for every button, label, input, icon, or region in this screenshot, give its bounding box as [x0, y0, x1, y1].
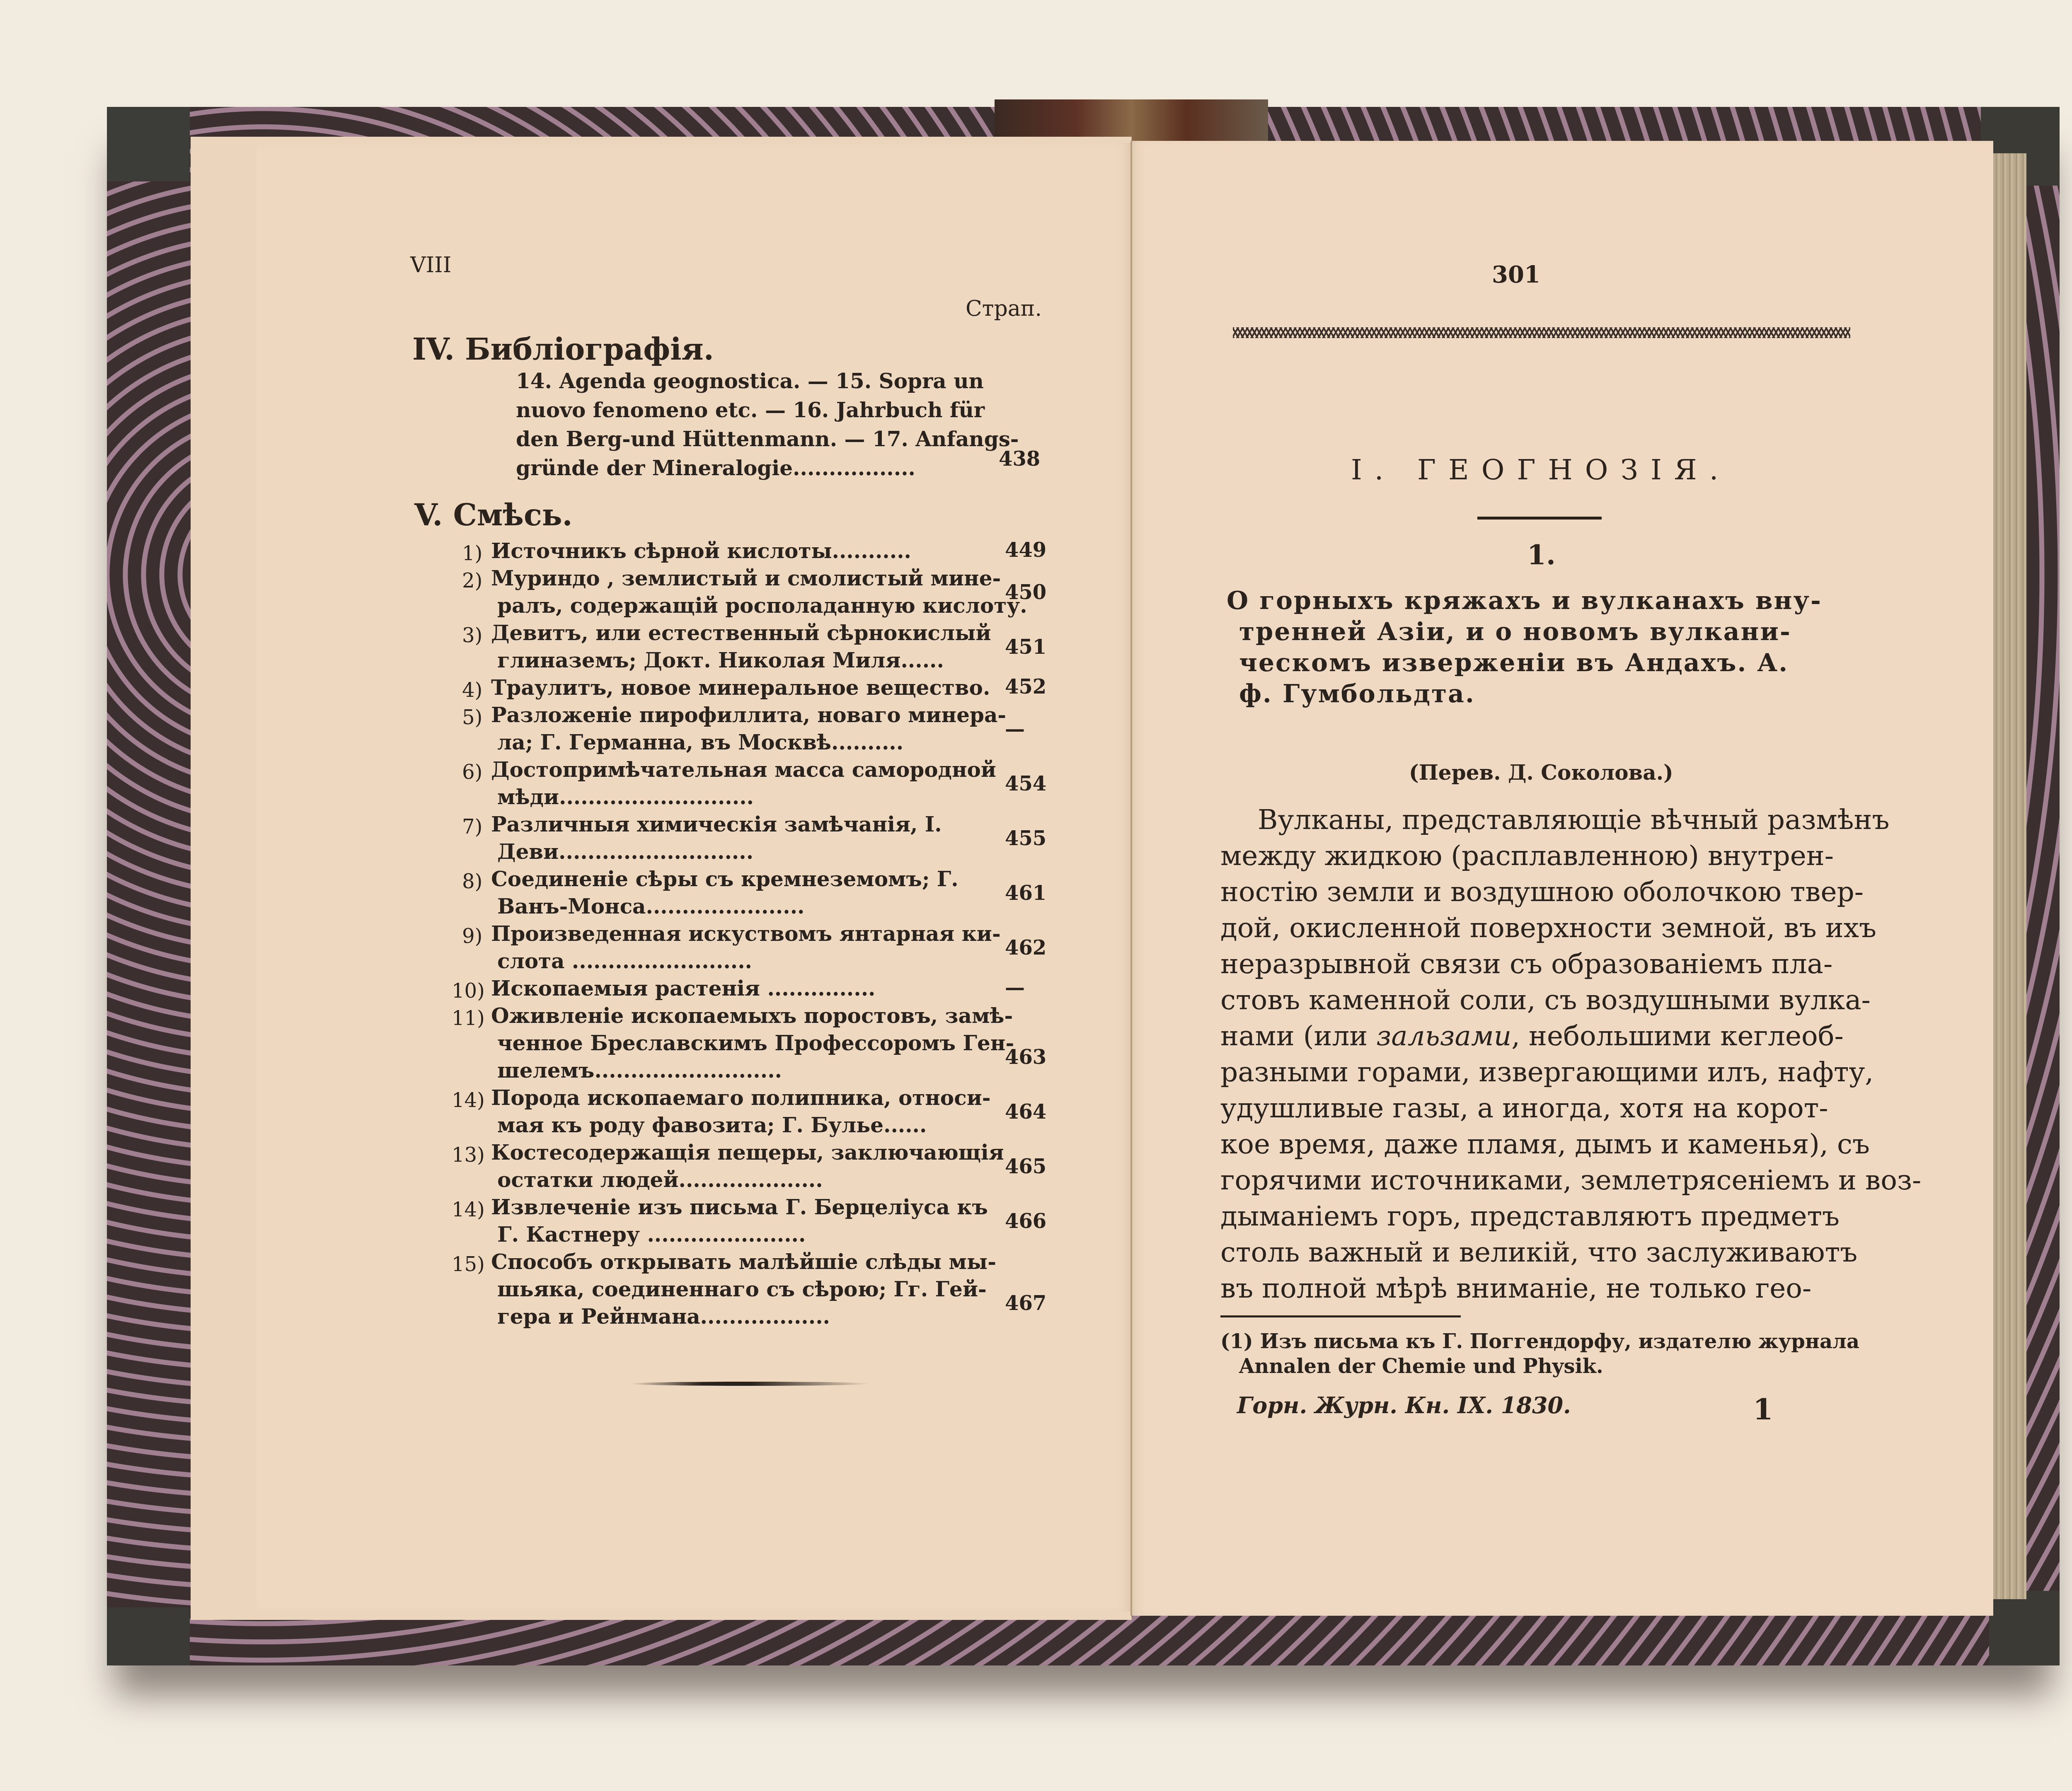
toc-entry-number: 15) — [452, 1253, 485, 1276]
toc-line: Ванъ-Монса...................... — [497, 894, 804, 918]
body-text-line: кое время, даже пламя, дымъ и каменья), … — [1220, 1128, 1870, 1160]
body-text-line: ностію земли и воздушною оболочкою твер- — [1220, 876, 1864, 908]
body-text-span: стовъ каменной соли, съ воздушными вулка… — [1220, 984, 1871, 1016]
right-folio: 301 — [1492, 261, 1540, 288]
article-title-line: ф. Гумбольдта. — [1239, 679, 1475, 708]
toc-line: Оживленіе ископаемыхъ поростовъ, замѣ- — [491, 1003, 1013, 1028]
toc-line: мая къ роду фавозита; Г. Булье...... — [497, 1113, 927, 1137]
toc-page-number: 452 — [1005, 675, 1046, 699]
toc-line: ла; Г. Германна, въ Москвѣ.......... — [497, 730, 903, 754]
body-text-span: дыманіемъ горъ, представляютъ предметъ — [1220, 1200, 1840, 1232]
body-text-line: нами (или зальзами, небольшими кеглеоб- — [1220, 1020, 1844, 1052]
toc-page-number: — — [1005, 718, 1025, 741]
body-text-span: ностію земли и воздушною оболочкою твер- — [1220, 876, 1864, 908]
toc-line: den Berg-und Hüttenmann. — 17. Anfangs- — [516, 427, 1019, 451]
body-text-span: кое время, даже пламя, дымъ и каменья), … — [1220, 1128, 1870, 1160]
toc-line: шелемъ.......................... — [497, 1058, 782, 1083]
toc-page-number: 466 — [1005, 1210, 1046, 1233]
body-text-span: Вулканы, представляющіе вѣчный размѣнъ — [1258, 804, 1890, 836]
toc-entry-number: 10) — [452, 979, 485, 1003]
toc-line: Извлеченіе изъ письма Г. Берцеліуса къ — [491, 1195, 988, 1219]
body-text-span: разными горами, извергающими илъ, нафту, — [1220, 1056, 1874, 1088]
end-ornament-rule — [630, 1382, 870, 1386]
toc-page-number: 449 — [1005, 539, 1046, 562]
toc-entry-number: 7) — [462, 815, 482, 839]
page-column-header: Страп. — [966, 296, 1042, 321]
toc-page-number: 461 — [1005, 882, 1046, 905]
part-title: I. ГЕОГНОЗІЯ. — [1351, 454, 1731, 486]
toc-page-number: 455 — [1005, 827, 1046, 850]
toc-line: Деви........................... — [497, 839, 753, 864]
toc-entry-number: 14) — [452, 1089, 485, 1112]
body-text-line: дой, окисленной поверхности земной, въ и… — [1220, 912, 1876, 944]
body-text-span: , небольшими кеглеоб- — [1511, 1020, 1844, 1052]
toc-page-number: 467 — [1005, 1292, 1046, 1315]
body-text-line: Вулканы, представляющіе вѣчный размѣнъ — [1258, 804, 1890, 836]
body-text-span: между жидкою (расплавленною) внутрен- — [1220, 840, 1834, 872]
toc-entry-number: 2) — [462, 569, 482, 592]
toc-line: Источникъ сѣрной кислоты........... — [491, 539, 911, 563]
body-text-span: неразрывной связи съ образованіемъ пла- — [1220, 948, 1832, 980]
article-title-line: О горныхъ кряжахъ и вулканахъ вну- — [1227, 586, 1822, 615]
toc-line: Ископаемыя растенія ............... — [491, 976, 876, 1001]
signature-mark: 1 — [1753, 1392, 1773, 1426]
footnote-line: (1) Изъ письма къ Г. Поггендорфу, издате… — [1220, 1330, 1859, 1353]
toc-line: ченное Бреславскимъ Профессоромъ Ген- — [497, 1031, 1014, 1055]
toc-page-number: 450 — [1005, 581, 1046, 604]
body-text-span: дой, окисленной поверхности земной, въ и… — [1220, 912, 1876, 944]
toc-line: Достопримѣчательная масса самородной — [491, 757, 996, 782]
toc-line: гера и Рейнмана.................. — [497, 1304, 830, 1329]
page-edges — [1993, 153, 2026, 1599]
toc-entry-number: 14) — [452, 1198, 485, 1221]
cover-corner — [107, 1607, 190, 1665]
section-heading-miscellany: V. Смѣсь. — [414, 497, 573, 532]
footnote-rule — [1220, 1315, 1461, 1317]
section-heading-bibliography: IV. Библіографія. — [412, 331, 714, 367]
body-text-span: удушливые газы, а иногда, хотя на корот- — [1220, 1092, 1828, 1124]
translator-credit: (Перев. Д. Соколова.) — [1409, 760, 1673, 785]
toc-line: ралъ, содержащій росполаданную кислоту. — [497, 593, 1027, 618]
body-text-line: удушливые газы, а иногда, хотя на корот- — [1220, 1092, 1828, 1124]
body-text-span: въ полной мѣрѣ вниманіе, не только гео- — [1220, 1272, 1811, 1304]
title-rule — [1477, 517, 1602, 520]
toc-line: остатки людей.................... — [497, 1167, 823, 1192]
toc-line: Девитъ, или естественный сѣрнокислый — [491, 621, 991, 645]
toc-line: Соединеніе сѣры съ кремнеземомъ; Г. — [491, 867, 959, 891]
toc-page-number: 438 — [999, 447, 1040, 471]
body-text-line: разными горами, извергающими илъ, нафту, — [1220, 1056, 1874, 1088]
toc-page-number: 454 — [1005, 772, 1046, 795]
toc-page-number: 465 — [1005, 1155, 1046, 1178]
toc-entry-number: 13) — [452, 1143, 485, 1167]
book-spine — [995, 99, 1268, 141]
article-title-line: ческомъ изверженіи въ Андахъ. А. — [1239, 648, 1789, 677]
toc-line: gründe der Mineralogie................. — [516, 456, 915, 480]
toc-line: Разложеніе пирофиллита, новаго минера- — [491, 703, 1006, 727]
journal-signature: Горн. Журн. Кн. IX. 1830. — [1237, 1392, 1571, 1419]
body-text-line: столь важный и великій, что заслуживаютъ — [1220, 1236, 1857, 1268]
article-number: 1. — [1527, 539, 1556, 571]
toc-line: Траулитъ, новое минеральное вещество. — [491, 675, 990, 700]
toc-page-number: 462 — [1005, 936, 1046, 960]
toc-line: 14. Agenda geognostica. — 15. Sopra un — [516, 369, 984, 393]
body-text-line: дыманіемъ горъ, представляютъ предметъ — [1220, 1200, 1840, 1232]
footnote-line: Annalen der Chemie und Physik. — [1239, 1355, 1603, 1378]
toc-line: мѣди........................... — [497, 785, 754, 809]
toc-line: глиназемъ; Докт. Николая Миля...... — [497, 648, 944, 672]
toc-line: Порода ископаемаго полипника, относи- — [491, 1085, 990, 1110]
toc-line: nuovo fenomeno etc. — 16. Jahrbuch für — [516, 398, 985, 422]
left-folio: VIII — [410, 253, 451, 278]
toc-page-number: 451 — [1005, 636, 1046, 659]
toc-entry-number: 11) — [452, 1007, 485, 1030]
body-text-line: въ полной мѣрѣ вниманіе, не только гео- — [1220, 1272, 1811, 1304]
toc-line: Произведенная искуствомъ янтарная ки- — [491, 921, 1001, 946]
body-text-line: горячими источниками, землетрясеніемъ и … — [1220, 1164, 1921, 1196]
toc-line: Костесодержащія пещеры, заключающія — [491, 1140, 1004, 1165]
body-text-line: между жидкою (расплавленною) внутрен- — [1220, 840, 1834, 872]
toc-entry-number: 8) — [462, 870, 482, 893]
toc-line: шьяка, соединеннаго съ сѣрою; Гг. Гей- — [497, 1277, 987, 1301]
toc-line: Способъ открывать малѣйшіе слѣды мы- — [491, 1250, 996, 1274]
body-text-line: неразрывной связи съ образованіемъ пла- — [1220, 948, 1832, 980]
cover-corner — [107, 107, 190, 181]
toc-entry-number: 5) — [462, 706, 482, 729]
toc-entry-number: 6) — [462, 761, 482, 784]
toc-line: слота ......................... — [497, 949, 752, 973]
article-title-line: тренней Азіи, и о новомъ вулкани- — [1239, 617, 1791, 646]
toc-page-number: 464 — [1005, 1100, 1046, 1124]
body-text-span: горячими источниками, землетрясеніемъ и … — [1220, 1164, 1921, 1196]
toc-page-number: — — [1005, 976, 1025, 999]
toc-line: Различныя химическія замѣчанія, I. — [491, 812, 942, 836]
toc-line: Муриндо , землистый и смолистый мине- — [491, 566, 1001, 590]
body-text-span: столь важный и великій, что заслуживаютъ — [1220, 1236, 1857, 1268]
toc-entry-number: 3) — [462, 624, 482, 647]
toc-entry-number: 4) — [462, 679, 482, 702]
body-text-line: стовъ каменной соли, съ воздушными вулка… — [1220, 984, 1871, 1016]
gutter — [1130, 141, 1132, 1616]
toc-page-number: 463 — [1005, 1046, 1046, 1069]
body-text-span: нами (или — [1220, 1020, 1376, 1052]
toc-entry-number: 1) — [462, 542, 482, 565]
wavy-header-rule — [1233, 327, 1850, 338]
italic-term: зальзами — [1376, 1020, 1511, 1052]
cover-corner — [1989, 1591, 2060, 1665]
toc-line: Г. Кастнеру ...................... — [497, 1222, 806, 1247]
toc-entry-number: 9) — [462, 925, 482, 948]
